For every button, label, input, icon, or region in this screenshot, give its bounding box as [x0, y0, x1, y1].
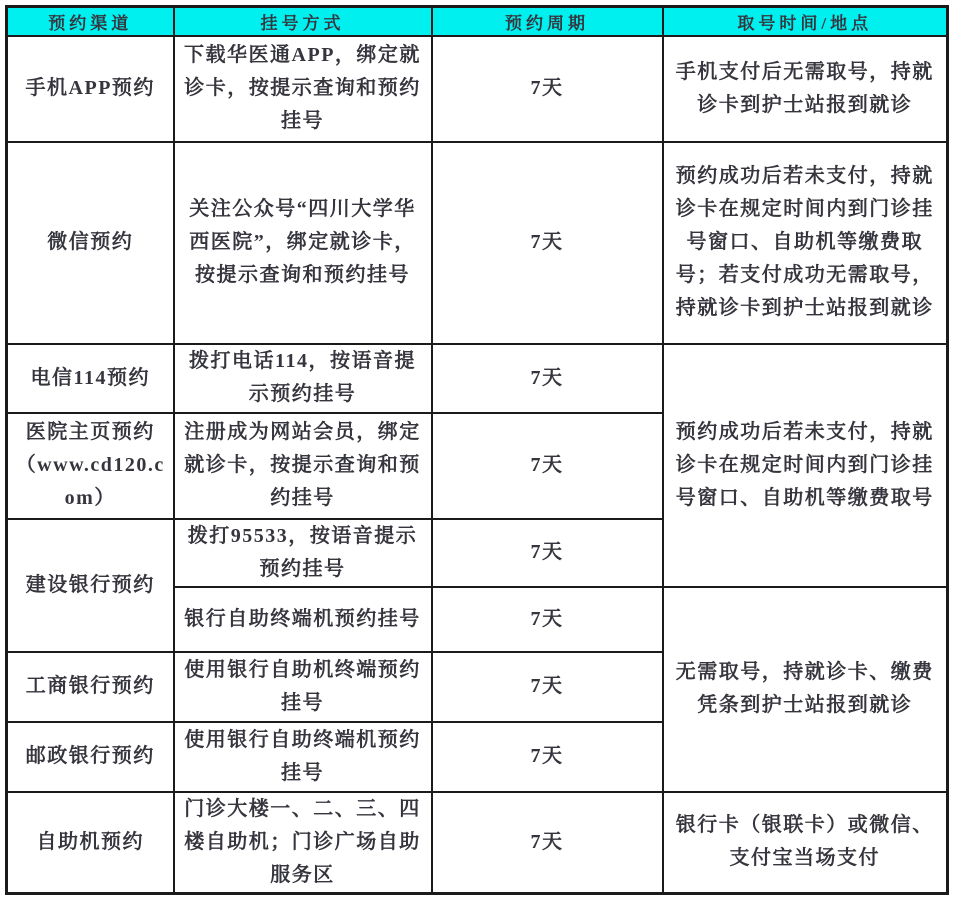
cell-kiosk-period: 7天: [432, 792, 663, 894]
cell-psbc-period: 7天: [432, 722, 663, 792]
header-cell-channel: 预约渠道: [7, 7, 174, 36]
cell-ccb-phone-method: 拨打95533，按语音提示预约挂号: [174, 519, 432, 587]
cell-app-method: 下载华医通APP，绑定就诊卡，按提示查询和预约挂号: [174, 36, 432, 142]
table-header-row: 预约渠道 挂号方式 预约周期 取号时间/地点: [7, 7, 948, 36]
header-cell-period: 预约周期: [432, 7, 663, 36]
cell-telecom114-period: 7天: [432, 344, 663, 413]
cell-telecom114-channel: 电信114预约: [7, 344, 174, 413]
cell-ccb-terminal-period: 7天: [432, 587, 663, 652]
cell-website-channel: 医院主页预约（www.cd120.com）: [7, 413, 174, 519]
cell-website-method: 注册成为网站会员，绑定就诊卡，按提示查询和预约挂号: [174, 413, 432, 519]
cell-psbc-channel: 邮政银行预约: [7, 722, 174, 792]
header-cell-pickup: 取号时间/地点: [663, 7, 948, 36]
cell-telecom114-method: 拨打电话114，按语音提示预约挂号: [174, 344, 432, 413]
cell-kiosk-pickup: 银行卡（银联卡）或微信、支付宝当场支付: [663, 792, 948, 894]
table-row-app: 手机APP预约 下载华医通APP，绑定就诊卡，按提示查询和预约挂号 7天 手机支…: [7, 36, 948, 142]
cell-ccb-channel: 建设银行预约: [7, 519, 174, 652]
cell-icbc-channel: 工商银行预约: [7, 652, 174, 722]
cell-icbc-method: 使用银行自助机终端预约挂号: [174, 652, 432, 722]
cell-merged-pickup-unpaid-window: 预约成功后若未支付，持就诊卡在规定时间内到门诊挂号窗口、自助机等缴费取号: [663, 344, 948, 587]
cell-app-pickup: 手机支付后无需取号，持就诊卡到护士站报到就诊: [663, 36, 948, 142]
cell-ccb-terminal-method: 银行自助终端机预约挂号: [174, 587, 432, 652]
cell-icbc-period: 7天: [432, 652, 663, 722]
header-cell-method: 挂号方式: [174, 7, 432, 36]
cell-psbc-method: 使用银行自助终端机预约挂号: [174, 722, 432, 792]
document-page: 预约渠道 挂号方式 预约周期 取号时间/地点 手机APP预约 下载华医通APP，…: [0, 0, 961, 903]
cell-merged-pickup-no-ticket: 无需取号，持就诊卡、缴费凭条到护士站报到就诊: [663, 587, 948, 792]
cell-kiosk-method: 门诊大楼一、二、三、四楼自助机；门诊广场自助服务区: [174, 792, 432, 894]
table-row-telecom114: 电信114预约 拨打电话114，按语音提示预约挂号 7天 预约成功后若未支付，持…: [7, 344, 948, 413]
cell-kiosk-channel: 自助机预约: [7, 792, 174, 894]
cell-app-period: 7天: [432, 36, 663, 142]
table-row-wechat: 微信预约 关注公众号“四川大学华西医院”，绑定就诊卡，按提示查询和预约挂号 7天…: [7, 142, 948, 344]
cell-app-channel: 手机APP预约: [7, 36, 174, 142]
cell-wechat-channel: 微信预约: [7, 142, 174, 344]
appointment-channels-table: 预约渠道 挂号方式 预约周期 取号时间/地点 手机APP预约 下载华医通APP，…: [5, 5, 949, 895]
cell-wechat-period: 7天: [432, 142, 663, 344]
table-row-kiosk: 自助机预约 门诊大楼一、二、三、四楼自助机；门诊广场自助服务区 7天 银行卡（银…: [7, 792, 948, 894]
cell-wechat-method: 关注公众号“四川大学华西医院”，绑定就诊卡，按提示查询和预约挂号: [174, 142, 432, 344]
cell-website-period: 7天: [432, 413, 663, 519]
cell-wechat-pickup: 预约成功后若未支付，持就诊卡在规定时间内到门诊挂号窗口、自助机等缴费取号；若支付…: [663, 142, 948, 344]
cell-ccb-phone-period: 7天: [432, 519, 663, 587]
